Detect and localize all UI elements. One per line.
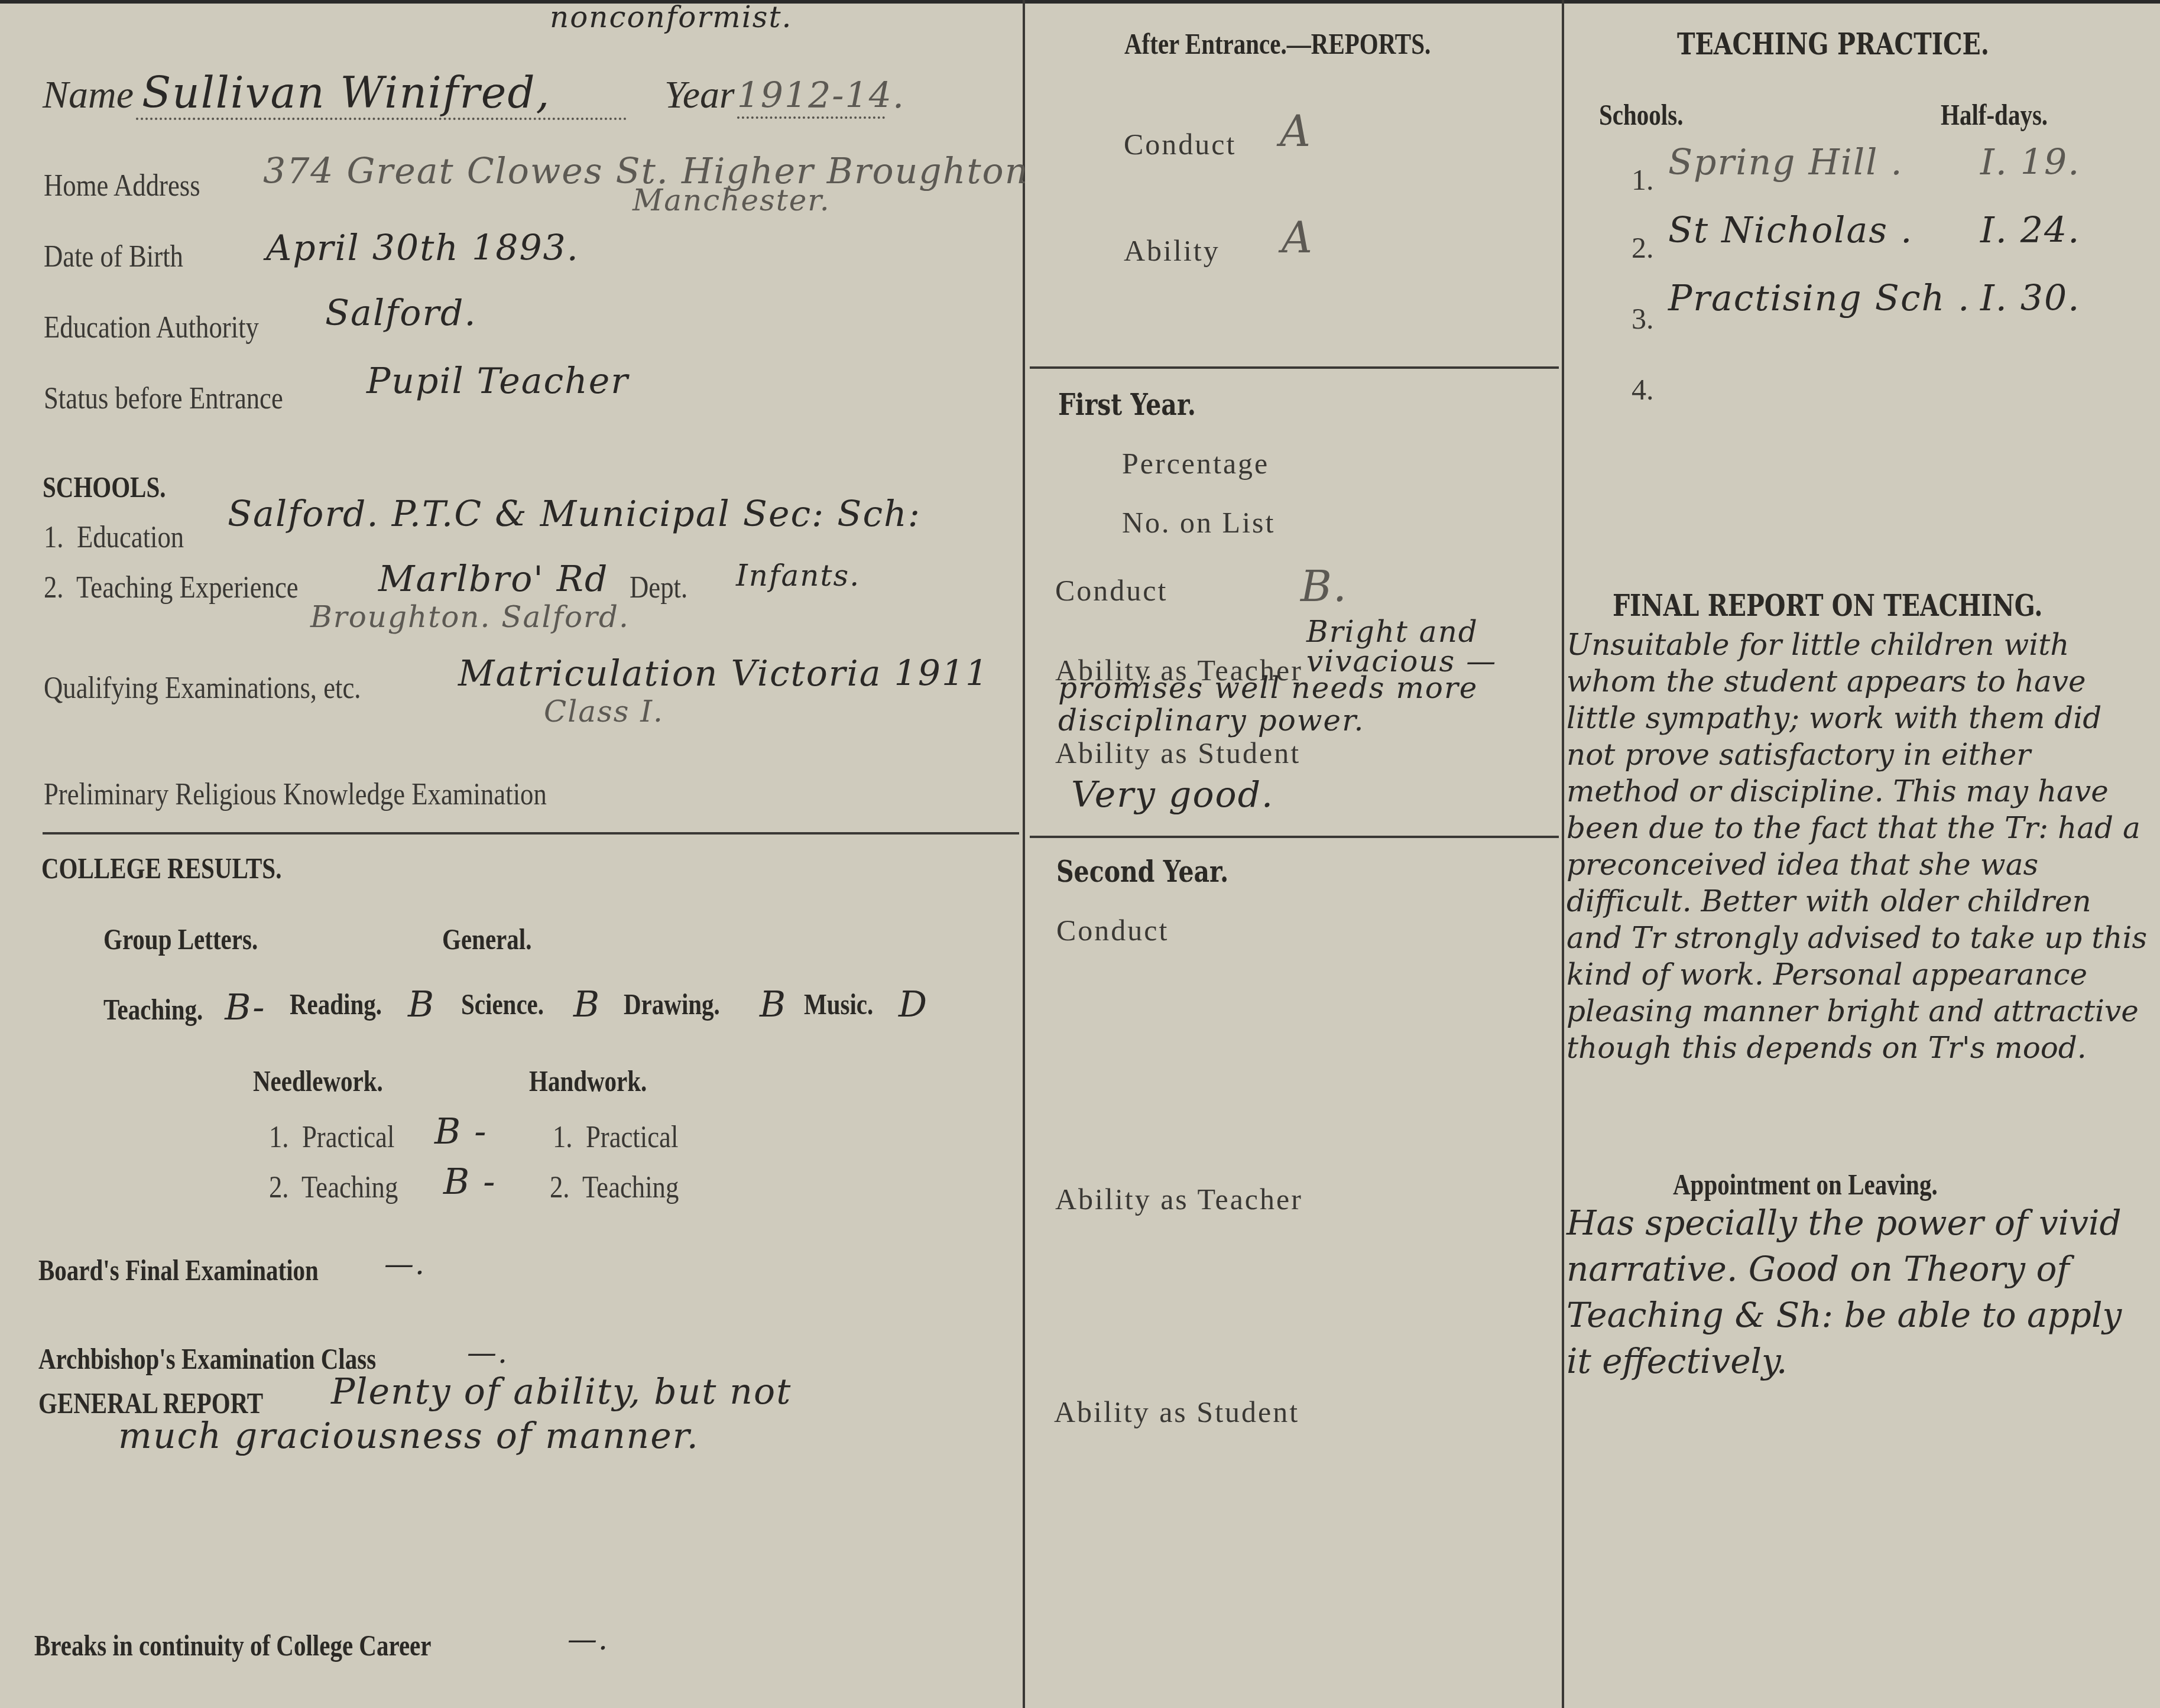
religious-exam-label: Preliminary Religious Knowledge Examinat…: [44, 777, 547, 812]
rule-left-section: [43, 832, 1019, 834]
teaching-experience-line2: Broughton. Salford.: [310, 600, 630, 634]
home-address-line2: Manchester.: [633, 183, 831, 217]
grade-reading: Reading.: [290, 987, 402, 1021]
entrance-ability-label: Ability: [1124, 233, 1220, 268]
practice-row-2-num: 2.: [1632, 230, 1654, 265]
practice-row-4-num: 4.: [1632, 372, 1654, 407]
practice-row-2-school: St Nicholas .: [1668, 210, 1913, 251]
list-number: 2.: [269, 1171, 289, 1204]
dept-label: Dept.: [630, 570, 687, 605]
handwork-practical-label: Practical: [586, 1121, 678, 1154]
grade-value: B: [760, 984, 787, 1025]
grade-value: D: [899, 984, 928, 1025]
first-year-ability-student-value: Very good.: [1071, 774, 1274, 816]
breaks-label: Breaks in continuity of College Career: [34, 1628, 432, 1662]
first-year-ability-teacher-line4: disciplinary power.: [1058, 703, 1365, 738]
archbishop-exam-value: —.: [467, 1336, 508, 1370]
qualifying-value: Matriculation Victoria 1911: [458, 653, 989, 694]
status-value: Pupil Teacher: [367, 361, 629, 402]
teaching-experience-row: 2. Teaching Experience: [44, 570, 299, 605]
college-results-heading: COLLEGE RESULTS.: [41, 851, 281, 885]
first-year-ability-student-label: Ability as Student: [1055, 736, 1300, 770]
teaching-experience-value: Marlbro' Rd: [378, 558, 608, 600]
grade-science: Science.: [461, 987, 562, 1021]
scan-top-edge: [0, 0, 2160, 4]
grade-value: B: [408, 984, 435, 1025]
needlework-practical-grade: B -: [434, 1111, 487, 1152]
no-on-list-label: No. on List: [1122, 505, 1275, 540]
column-divider-right: [1562, 0, 1564, 1708]
general-report-line2: much graciousness of manner.: [118, 1415, 699, 1457]
schools-heading: SCHOOLS.: [43, 470, 166, 504]
grade-subject: Reading.: [290, 987, 382, 1021]
handwork-teaching-label: Teaching: [582, 1171, 679, 1204]
second-year-ability-teacher-label: Ability as Teacher: [1055, 1182, 1303, 1216]
group-grades-row: Teaching.B-: [103, 987, 278, 1028]
breaks-value: —.: [567, 1622, 609, 1657]
needlework-practical-label: Practical: [302, 1121, 394, 1154]
grade-drawing: Drawing.: [624, 987, 741, 1021]
handwork-practical: 1. Practical: [553, 1120, 678, 1155]
practice-row-1-school: Spring Hill .: [1668, 142, 1903, 183]
teaching-experience-label: Teaching Experience: [76, 571, 299, 605]
second-year-ability-student-label: Ability as Student: [1054, 1395, 1299, 1429]
first-year-conduct-label: Conduct: [1055, 573, 1167, 608]
handwork-teaching: 2. Teaching: [550, 1170, 679, 1205]
halfdays-column-label: Half-days.: [1941, 98, 2048, 132]
list-number: 1.: [44, 521, 64, 554]
grade-value: B-: [225, 987, 265, 1028]
education-value: Salford. P.T.C & Municipal Sec: Sch:: [228, 493, 921, 535]
reports-heading: After Entrance.—REPORTS.: [1124, 27, 1431, 61]
grade-subject: Music.: [804, 987, 873, 1021]
rule-second-year: [1030, 836, 1559, 838]
practice-row-1-halfdays: I. 19.: [1980, 142, 2080, 183]
appointment-heading: Appointment on Leaving.: [1673, 1167, 1938, 1202]
dob-label: Date of Birth: [44, 239, 183, 274]
name-row: Name Sullivan Winifred, Year 1912-14.: [43, 68, 885, 120]
home-address-label: Home Address: [44, 168, 200, 203]
boards-final-label: Board's Final Examination: [38, 1253, 319, 1287]
general-label: General.: [442, 922, 531, 956]
grade-music: Music.: [804, 987, 888, 1021]
handwork-label: Handwork.: [529, 1064, 647, 1098]
practice-row-2-halfdays: I. 24.: [1980, 210, 2080, 251]
qualifying-line2: Class I.: [544, 694, 664, 729]
needlework-practical: 1. Practical: [269, 1120, 394, 1155]
second-year-heading: Second Year.: [1056, 854, 1228, 889]
percentage-label: Percentage: [1122, 446, 1269, 480]
practice-row-3-num: 3.: [1632, 301, 1654, 336]
needlework-teaching-grade: B -: [443, 1161, 496, 1203]
schools-education-row: 1. Education: [44, 520, 184, 555]
status-label: Status before Entrance: [44, 381, 283, 416]
practice-row-3-halfdays: I. 30.: [1980, 278, 2080, 319]
name-value: Sullivan Winifred,: [136, 68, 627, 120]
name-label: Name: [43, 73, 134, 116]
column-divider-left: [1023, 0, 1025, 1708]
year-value: 1912-14.: [737, 75, 885, 119]
needlework-teaching: 2. Teaching: [269, 1170, 398, 1205]
education-label: Education: [77, 521, 184, 554]
education-authority-value: Salford.: [325, 293, 477, 334]
group-letters-label: Group Letters.: [103, 922, 258, 956]
grade-value: B: [573, 984, 601, 1025]
education-authority-label: Education Authority: [44, 310, 259, 345]
boards-final-value: —.: [384, 1247, 426, 1281]
entrance-ability-value: A: [1282, 213, 1313, 262]
archbishop-exam-label: Archbishop's Examination Class: [38, 1342, 376, 1376]
annotation-denomination: nonconformist.: [550, 0, 792, 34]
practice-row-1-num: 1.: [1632, 163, 1654, 197]
practice-row-3-school: Practising Sch .: [1668, 278, 1970, 319]
final-report-text: Unsuitable for little children with whom…: [1567, 626, 2152, 1066]
qualifying-label: Qualifying Examinations, etc.: [44, 671, 361, 706]
needlework-label: Needlework.: [253, 1064, 383, 1098]
entrance-conduct-value: A: [1280, 106, 1312, 156]
schools-column-label: Schools.: [1599, 98, 1683, 132]
list-number: 1.: [553, 1121, 573, 1154]
needlework-teaching-label: Teaching: [301, 1171, 398, 1204]
list-number: 2.: [550, 1171, 570, 1204]
first-year-conduct-value: B.: [1300, 561, 1348, 611]
dept-value: Infants.: [736, 558, 860, 593]
second-year-conduct-label: Conduct: [1056, 913, 1169, 947]
list-number: 2.: [44, 571, 64, 605]
grade-subject: Science.: [461, 987, 544, 1021]
final-report-heading: FINAL REPORT ON TEACHING.: [1613, 588, 2043, 623]
grade-subject: Teaching.: [103, 992, 203, 1027]
dob-value: April 30th 1893.: [266, 228, 579, 269]
teaching-practice-heading: TEACHING PRACTICE.: [1677, 27, 1989, 61]
rule-first-year: [1030, 366, 1559, 369]
general-report-line1: Plenty of ability, but not: [331, 1371, 792, 1412]
appointment-text: Has specially the power of vivid narrati…: [1567, 1200, 2146, 1384]
first-year-heading: First Year.: [1058, 387, 1196, 422]
grade-subject: Drawing.: [624, 987, 720, 1021]
year-label: Year: [664, 73, 735, 116]
list-number: 1.: [269, 1121, 289, 1154]
first-year-ability-teacher-line3: promises well needs more: [1058, 671, 1478, 705]
entrance-conduct-label: Conduct: [1124, 127, 1236, 161]
